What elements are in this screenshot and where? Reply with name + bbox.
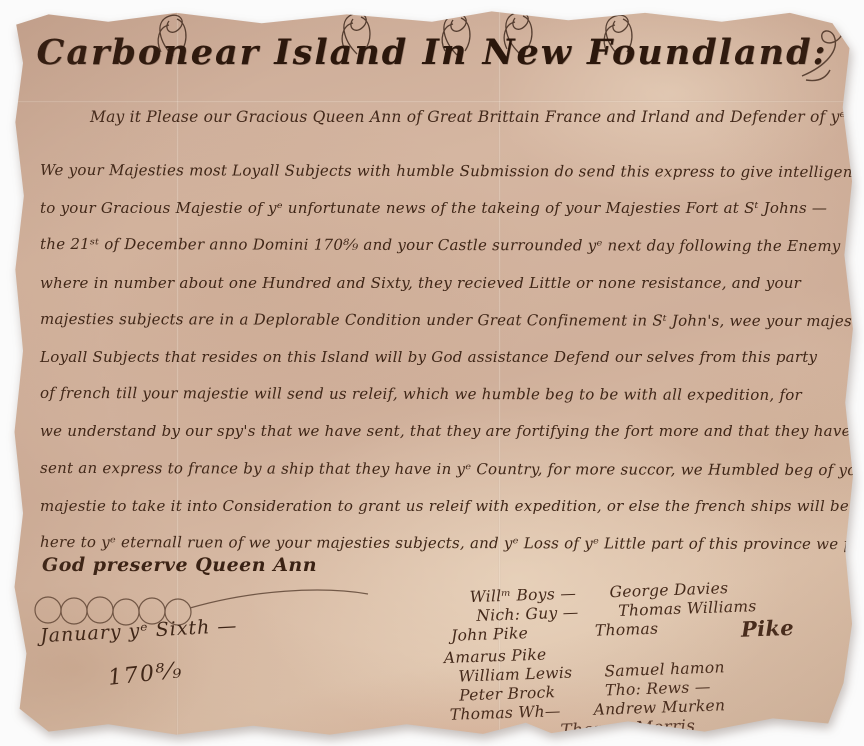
body-line: majestie to take it into Consideration t… — [40, 497, 852, 534]
calligraphic-flourish-icon — [598, 10, 640, 58]
body-line: of french till your majestie will send u… — [40, 384, 852, 423]
trailing-swirl-icon — [796, 24, 848, 86]
body-line: Loyall Subjects that resides on this Isl… — [40, 348, 852, 385]
calligraphic-flourish-icon — [498, 7, 540, 55]
signature-name: Tho: Rews — — [605, 678, 711, 700]
body-line: we understand by our spy's that we have … — [40, 422, 852, 459]
page-background: { "document": { "title": "Carbonear Isla… — [0, 0, 864, 746]
title-block: Carbonear Island In New Foundland: — [6, 18, 858, 104]
signature-name: John Pike — [451, 624, 529, 645]
body-line: sent an express to france by a ship that… — [40, 458, 852, 497]
manuscript-paper: Carbonear Island In New Foundland: May i… — [6, 4, 858, 742]
calligraphic-flourish-icon — [336, 8, 378, 56]
body-line: the 21ˢᵗ of December anno Domini 170⁸⁄₉ … — [40, 235, 852, 274]
calligraphic-flourish-icon — [436, 9, 478, 57]
manuscript-shadow-wrap: Carbonear Island In New Foundland: May i… — [6, 4, 858, 742]
body-line: majesties subjects are in a Deplorable C… — [40, 310, 852, 349]
body-line: We your Majesties most Loyall Subjects w… — [40, 161, 852, 200]
body-paragraph: We your Majesties most Loyall Subjects w… — [40, 162, 852, 571]
signature-name: Nich: Guy — — [476, 603, 579, 625]
year-line: 170⁸⁄₉ — [107, 658, 185, 691]
signature-name: Amarus Pike — [444, 646, 547, 668]
closing-line: God preserve Queen Ann — [42, 554, 317, 576]
signature-name: Thomas Morris — [560, 716, 695, 741]
signature-name: Willᵐ Boys — — [469, 584, 576, 606]
body-line: where in number about one Hundred and Si… — [40, 274, 852, 311]
document-title: Carbonear Island In New Foundland: — [6, 32, 858, 73]
signature-block: Willᵐ Boys — George Davies Nich: Guy — T… — [441, 575, 852, 744]
body-line: to your Gracious Majestie of yᵉ unfortun… — [40, 199, 852, 236]
signature-name: Peter Brock — [459, 683, 556, 704]
signature-name: Thomas — [595, 620, 659, 640]
calligraphic-flourish-icon — [152, 10, 194, 58]
salutation-line: May it Please our Gracious Queen Ann of … — [90, 108, 864, 126]
